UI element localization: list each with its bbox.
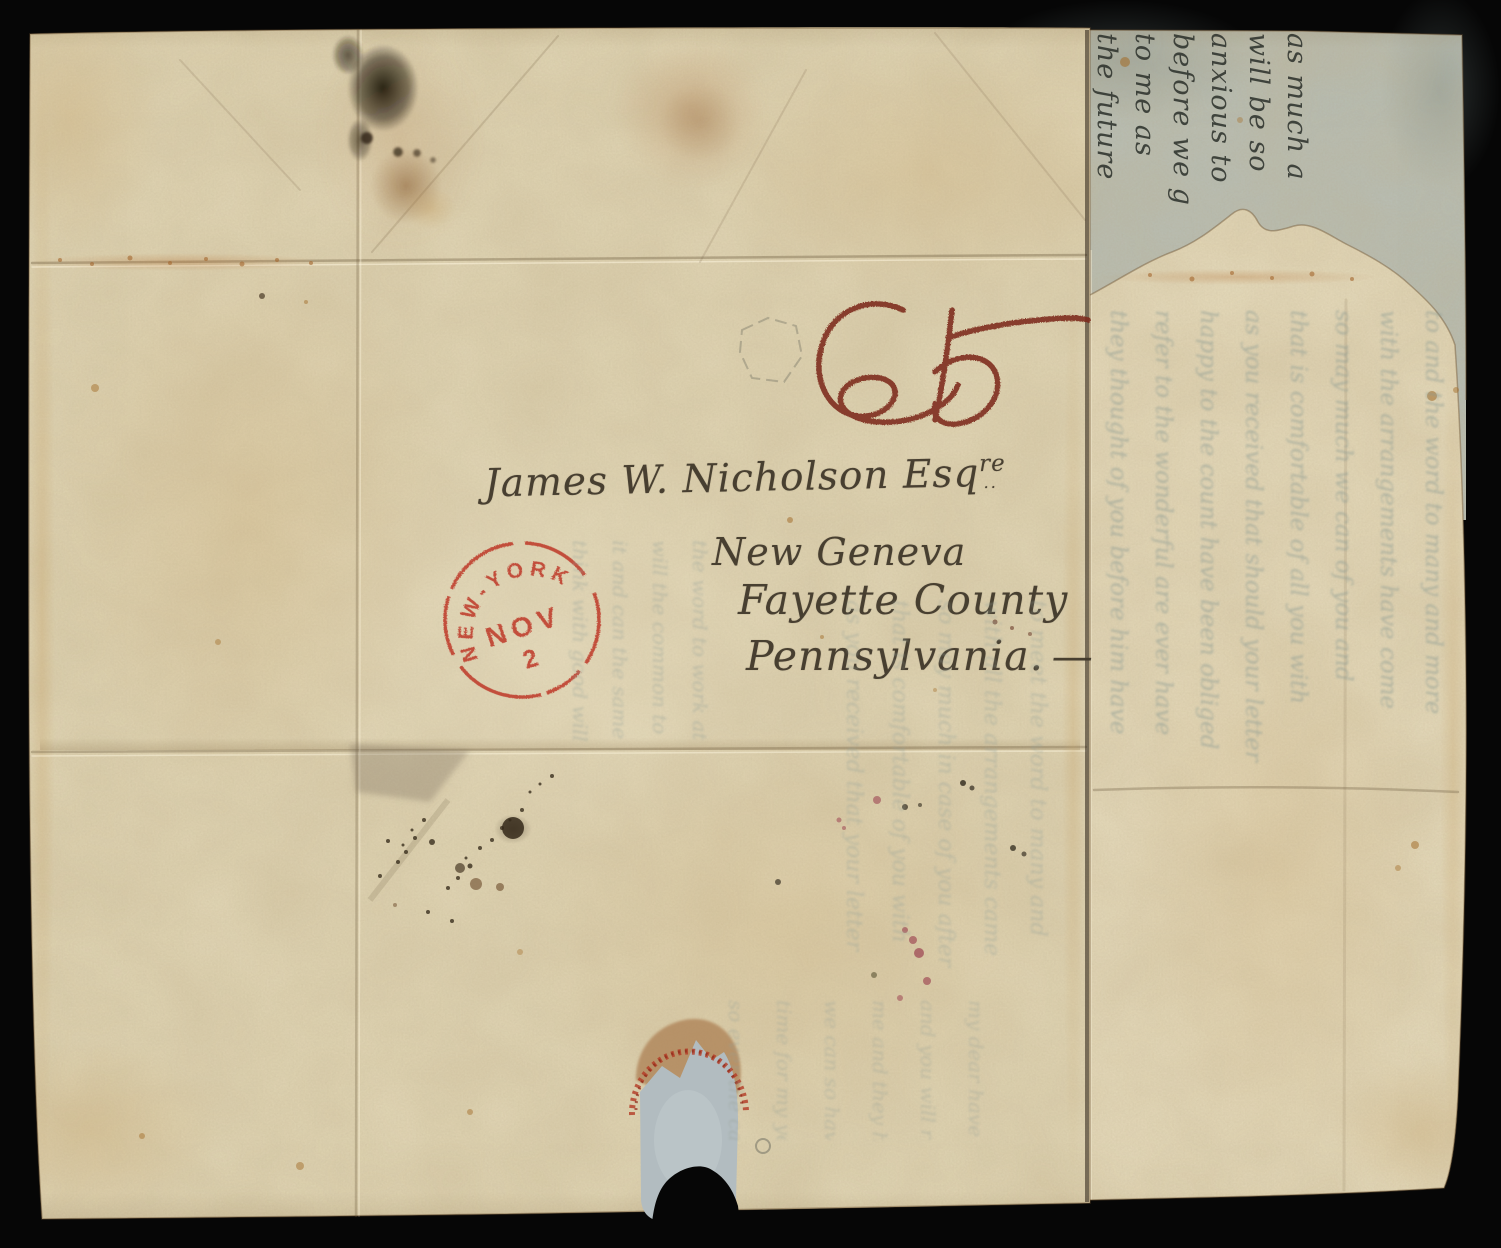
- illegible-bleedthrough-script-mid: to meet the word to many and with all th…: [830, 600, 1060, 1000]
- flap-line: to me as: [1125, 33, 1163, 285]
- esquire-superscript: re..: [979, 451, 1007, 497]
- illegible-bleedthrough-script-left: the word to work at will the common to i…: [560, 540, 720, 760]
- seal-stain-top-center: [616, 38, 768, 186]
- photograph-stage: 25 NEW-YORK NOV 2 James W. Nicholson Esq…: [0, 0, 1501, 1248]
- flap-line: will be so: [1239, 33, 1277, 285]
- flap-line: anxious to: [1201, 33, 1239, 285]
- flap-line: as much a: [1277, 33, 1315, 285]
- flap-line: the future: [1087, 33, 1125, 285]
- address-town-line: New Geneva: [712, 530, 966, 574]
- illegible-bleedthrough-script-lower: my dear have in and you will run me and …: [700, 1000, 1000, 1140]
- ink-stain-top-left: [315, 30, 485, 250]
- illegible-bleedthrough-script-right: to and the word to many and more with th…: [1103, 310, 1455, 1175]
- flap-line: before we g: [1163, 33, 1201, 285]
- flap-letter-writing: as much a will be so anxious to before w…: [1083, 33, 1315, 285]
